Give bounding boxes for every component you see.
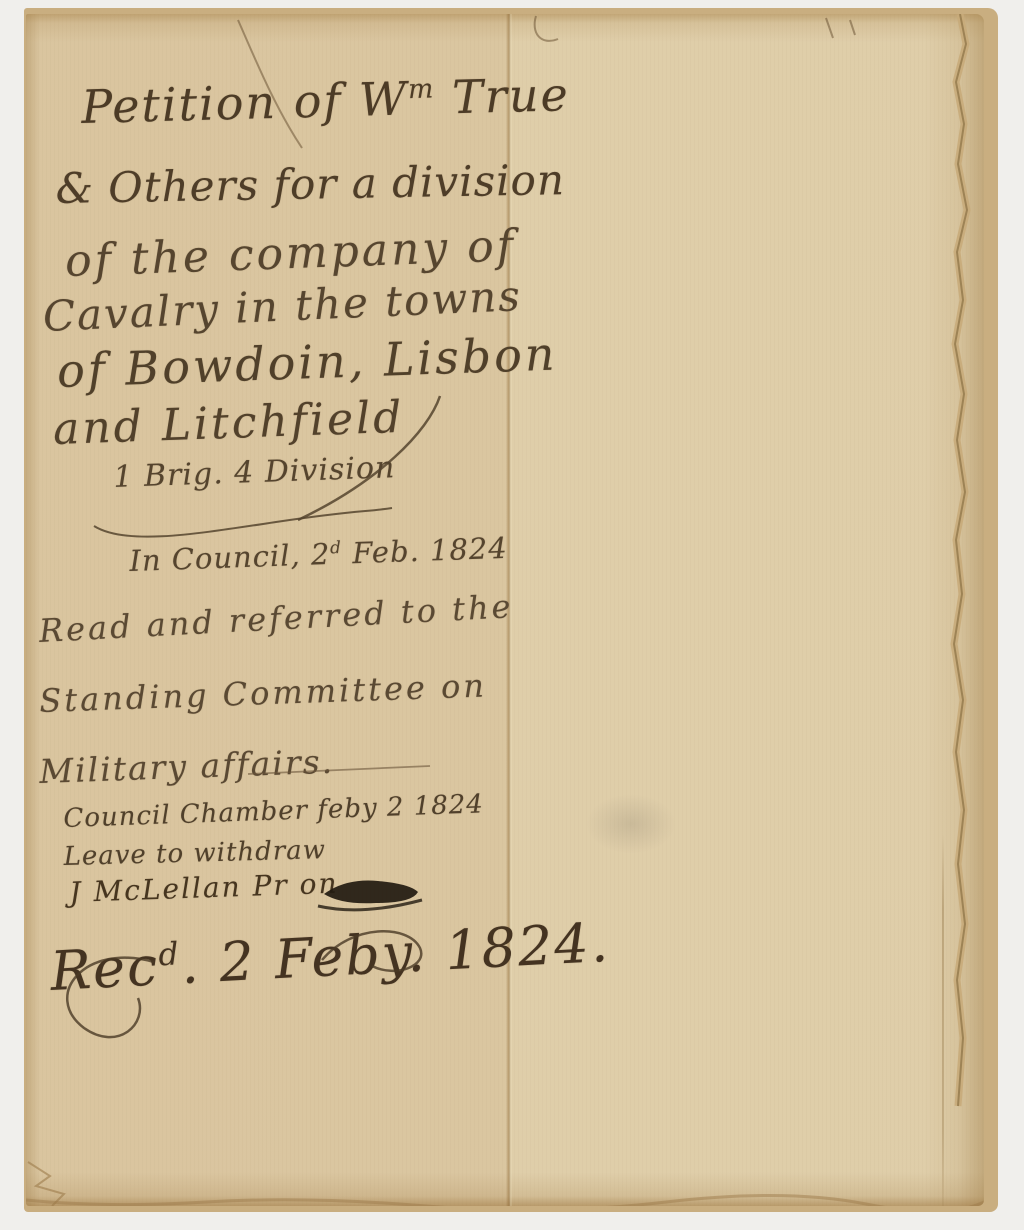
line-brig-division: 1 Brig. 4 Division xyxy=(113,450,396,495)
line-in-council-date: In Council, 2d Feb. 1824 xyxy=(129,531,509,578)
line-and-others: & Others for a division xyxy=(55,155,565,213)
superscript: d xyxy=(158,936,182,973)
line-text: Rec xyxy=(49,934,161,1003)
superscript: d xyxy=(330,537,342,557)
line-text: True xyxy=(435,67,571,124)
line-military-affairs: Military affairs. xyxy=(39,742,335,791)
line-text: Feb. 1824 xyxy=(341,531,508,571)
line-bowdoin-lisbon: of Bowdoin, Lisbon xyxy=(56,327,558,398)
line-petition-of-wm-true: Petition of Wm True xyxy=(81,67,571,134)
line-text: Petition of W xyxy=(81,71,409,134)
underline-flourish xyxy=(94,508,392,537)
paper-crease xyxy=(942,834,944,1206)
line-text: In Council, 2 xyxy=(129,537,331,578)
line-and-litchfield: and Litchfield xyxy=(52,392,405,455)
line-text: . 2 Feby. 1824. xyxy=(179,911,611,996)
deckled-edge xyxy=(954,14,967,1106)
line-read-and-referred: Read and referred to the xyxy=(38,587,514,650)
line-leave-to-withdraw: Leave to withdraw xyxy=(63,835,326,872)
line-council-chamber: Council Chamber feby 2 1824 xyxy=(63,789,484,834)
line-received-date: Recd. 2 Feby. 1824. xyxy=(49,911,612,1003)
smudge-mark xyxy=(586,794,676,854)
rough-bottom-edge xyxy=(26,1162,984,1206)
document-page: Petition of Wm True & Others for a divis… xyxy=(26,14,984,1206)
superscript: m xyxy=(408,73,436,105)
line-signature-mclellan: J McLellan Pr on xyxy=(69,867,339,909)
line-standing-committee: Standing Committee on xyxy=(39,666,488,720)
